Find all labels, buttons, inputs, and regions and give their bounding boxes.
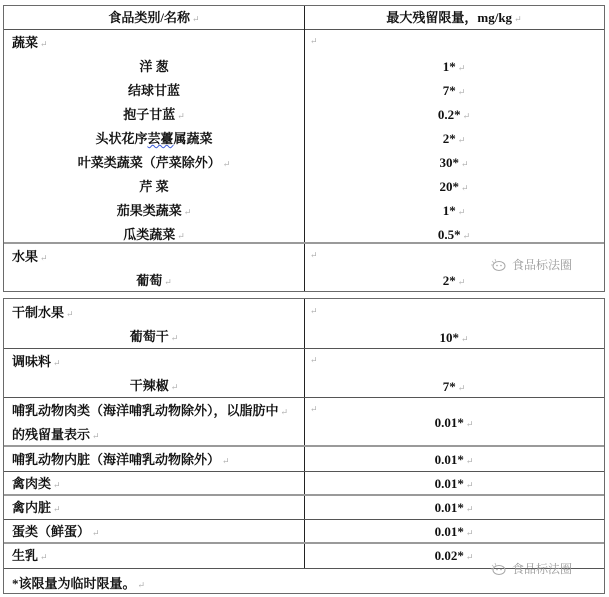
category-label: 水果↵ [12, 249, 48, 266]
header-food-category: 食品类别/名称↵ [4, 10, 304, 27]
paragraph-mark: ↵ [310, 36, 318, 47]
residue-limit-table-1: 食品类别/名称↵ 最大残留限量，mg/kg↵ 蔬菜↵ ↵ 洋 葱 1*↵ 结球甘… [3, 5, 605, 292]
food-item-name: 瓜类蔬菜↵ [4, 227, 304, 244]
food-item-name: 洋 葱 [4, 59, 304, 75]
food-item-name: 结球甘蓝 [4, 83, 304, 99]
food-item-name-line2: 的残留量表示↵ [12, 427, 100, 444]
header-max-residue-limit: 最大残留限量，mg/kg↵ [304, 10, 604, 27]
table-row: 哺乳动物内脏（海洋哺乳动物除外）↵ 0.01*↵ [4, 448, 604, 472]
food-item-value: 1*↵ [304, 59, 604, 76]
food-item-value: 0.01*↵ [304, 415, 604, 432]
food-item-name: 葡萄↵ [4, 273, 304, 290]
paragraph-mark: ↵ [310, 306, 318, 317]
section-vegetables: 蔬菜↵ ↵ 洋 葱 1*↵ 结球甘蓝 7*↵ 抱子甘蓝↵ 0.2*↵ 头状花序芸… [4, 30, 604, 244]
category-label: 调味料↵ [12, 354, 61, 371]
watermark: 食品标法圈 [490, 256, 572, 273]
section-dried-fruit: 干制水果↵ ↵ 葡萄干↵ 10*↵ [4, 299, 604, 349]
residue-limit-table-2: 干制水果↵ ↵ 葡萄干↵ 10*↵ 调味料↵ ↵ 干辣椒↵ 7*↵ 哺乳动物肉类… [3, 298, 605, 594]
food-item-name-line1: 哺乳动物肉类（海洋哺乳动物除外），以脂肪中↵ [12, 403, 288, 420]
food-item-value: 30*↵ [304, 155, 604, 172]
food-item-name: 头状花序芸薹属蔬菜 [4, 131, 304, 147]
watermark-text: 食品标法圈 [512, 256, 572, 273]
footnote: *该限量为临时限量。↵ [12, 573, 145, 592]
food-item-value: 0.2*↵ [304, 107, 604, 124]
watermark-text: 食品标法圈 [512, 560, 572, 577]
food-item-name: 哺乳动物内脏（海洋哺乳动物除外）↵ [12, 452, 230, 469]
food-item-name: 芹 菜 [4, 179, 304, 195]
food-item-name: 蛋类（鲜蛋）↵ [12, 524, 100, 541]
category-label: 干制水果↵ [12, 305, 74, 322]
food-item-name: 抱子甘蓝↵ [4, 107, 304, 124]
food-item-value: 7*↵ [304, 379, 604, 396]
food-item-name: 禽肉类↵ [12, 476, 61, 493]
watermark: 食品标法圈 [490, 560, 572, 577]
food-item-value: 0.01*↵ [304, 476, 604, 493]
food-item-value: 10*↵ [304, 330, 604, 347]
food-item-value: 7*↵ [304, 83, 604, 100]
wechat-icon [490, 562, 508, 576]
food-item-name: 禽内脏↵ [12, 500, 61, 517]
food-item-value: 1*↵ [304, 203, 604, 220]
section-condiments: 调味料↵ ↵ 干辣椒↵ 7*↵ [4, 349, 604, 398]
food-item-value: 0.01*↵ [304, 452, 604, 469]
table-row: 哺乳动物肉类（海洋哺乳动物除外），以脂肪中↵ 的残留量表示↵ ↵ 0.01*↵ [4, 398, 604, 447]
paragraph-mark: ↵ [310, 355, 318, 366]
food-item-value: 20*↵ [304, 179, 604, 196]
food-item-value: 2*↵ [304, 273, 604, 290]
food-item-name: 葡萄干↵ [4, 329, 304, 346]
food-item-name: 干辣椒↵ [4, 378, 304, 395]
food-item-name: 叶菜类蔬菜（芹菜除外）↵ [4, 155, 304, 172]
table-row: 禽内脏↵ 0.01*↵ [4, 496, 604, 520]
paragraph-mark: ↵ [310, 404, 318, 415]
food-item-value: 0.5*↵ [304, 227, 604, 244]
table-row: 蛋类（鲜蛋）↵ 0.01*↵ [4, 520, 604, 544]
food-item-value: 0.01*↵ [304, 524, 604, 541]
food-item-value: 0.01*↵ [304, 500, 604, 517]
table-row: 禽肉类↵ 0.01*↵ [4, 472, 604, 496]
spellcheck-underline: 芸薹 [147, 131, 173, 146]
category-label: 蔬菜↵ [12, 35, 48, 52]
wechat-icon [490, 258, 508, 272]
food-item-value: 2*↵ [304, 131, 604, 148]
food-item-name: 茄果类蔬菜↵ [4, 203, 304, 220]
food-item-name: 生乳↵ [12, 548, 48, 565]
paragraph-mark: ↵ [310, 250, 318, 261]
